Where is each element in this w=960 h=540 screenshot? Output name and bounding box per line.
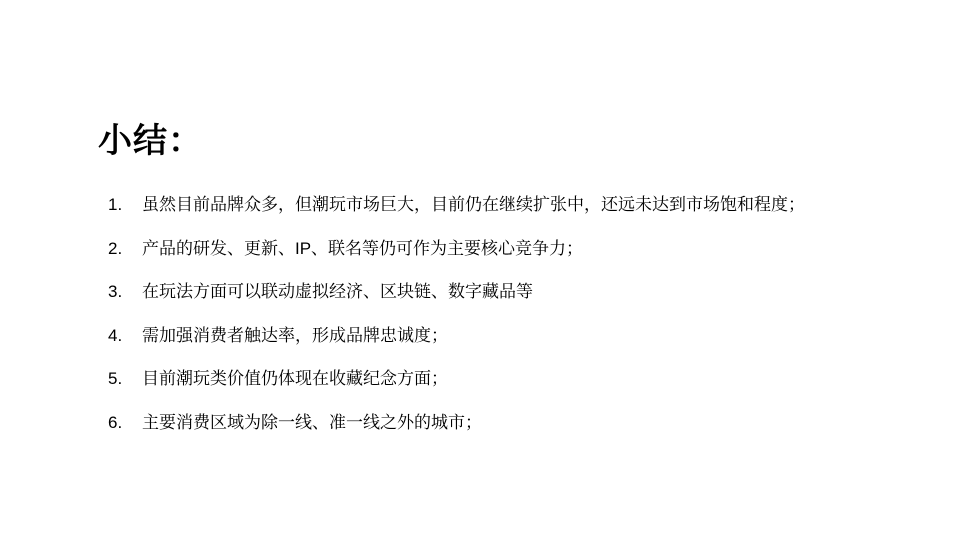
summary-list: 1. 虽然目前品牌众多，但潮玩市场巨大，目前仍在继续扩张中，还远未达到市场饱和程…	[108, 196, 900, 431]
list-item: 6. 主要消费区域为除一线、准一线之外的城市；	[108, 414, 900, 432]
list-item: 3. 在玩法方面可以联动虚拟经济、区块链、数字藏品等	[108, 283, 900, 301]
slide-title: 小结：	[98, 121, 203, 162]
list-item-text: 在玩法方面可以联动虚拟经济、区块链、数字藏品等	[142, 283, 533, 301]
list-item-text: 需加强消费者触达率，形成品牌忠诚度；	[142, 327, 448, 345]
list-item-number: 3.	[108, 283, 129, 301]
list-item-number: 5.	[108, 370, 129, 388]
list-item-text: 主要消费区域为除一线、准一线之外的城市；	[142, 414, 482, 432]
list-item: 2. 产品的研发、更新、IP、联名等仍可作为主要核心竞争力；	[108, 240, 900, 258]
list-item: 1. 虽然目前品牌众多，但潮玩市场巨大，目前仍在继续扩张中，还远未达到市场饱和程…	[108, 196, 900, 214]
list-item-number: 4.	[108, 327, 129, 345]
list-item-text: 目前潮玩类价值仍体现在收藏纪念方面；	[142, 370, 448, 388]
list-item-text: 虽然目前品牌众多，但潮玩市场巨大，目前仍在继续扩张中，还远未达到市场饱和程度；	[142, 196, 805, 214]
list-item-number: 2.	[108, 240, 129, 258]
list-item-number: 1.	[108, 196, 129, 214]
list-item: 4. 需加强消费者触达率，形成品牌忠诚度；	[108, 327, 900, 345]
list-item: 5. 目前潮玩类价值仍体现在收藏纪念方面；	[108, 370, 900, 388]
presentation-slide: 小结： 1. 虽然目前品牌众多，但潮玩市场巨大，目前仍在继续扩张中，还远未达到市…	[0, 0, 960, 540]
list-item-text: 产品的研发、更新、IP、联名等仍可作为主要核心竞争力；	[142, 240, 583, 258]
list-item-number: 6.	[108, 414, 129, 432]
